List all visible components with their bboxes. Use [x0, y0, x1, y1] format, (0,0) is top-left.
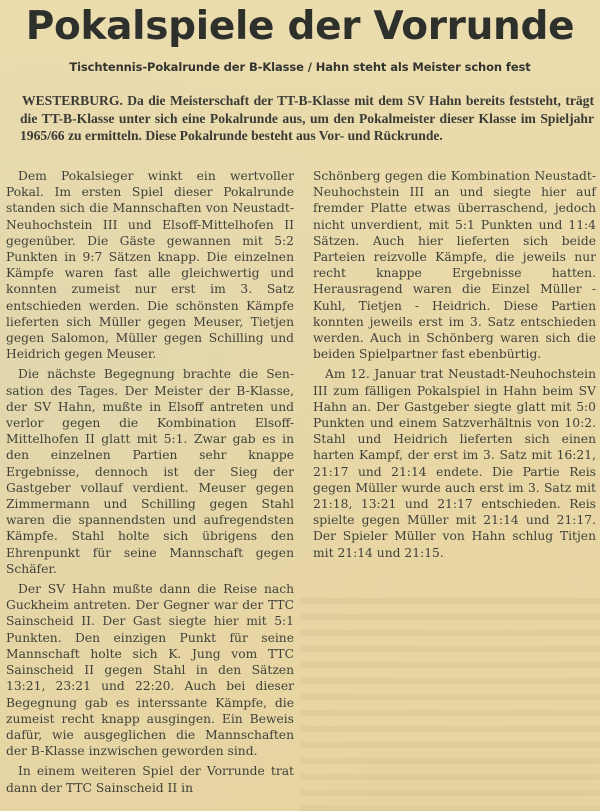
right-column: Schönberg gegen die Kombination Neu­stad… [313, 168, 596, 565]
paragraph: Dem Pokalsieger winkt ein wertvoller Pok… [6, 168, 294, 362]
paragraph: In einem weiteren Spiel der Vorrunde tra… [6, 763, 294, 795]
newspaper-clipping: Pokalspiele der Vorrunde Tischtennis-Pok… [0, 0, 600, 811]
subheadline: Tischtennis-Pokalrunde der B-Klasse / Ha… [0, 60, 600, 74]
headline: Pokalspiele der Vorrunde [0, 4, 600, 50]
paragraph: Am 12. Januar trat Neustadt-Neuhoch­stei… [313, 366, 596, 560]
left-column: Dem Pokalsieger winkt ein wertvoller Pok… [6, 168, 294, 800]
paragraph: Der SV Hahn mußte dann die Reise nach Gu… [6, 581, 294, 759]
show-through-text [300, 598, 600, 811]
paragraph: Die nächste Begegnung brachte die Sen­sa… [6, 366, 294, 577]
paragraph: Schönberg gegen die Kombination Neu­stad… [313, 168, 596, 362]
lead-paragraph: WESTERBURG. Da die Meisterschaft der TT-… [20, 92, 594, 145]
